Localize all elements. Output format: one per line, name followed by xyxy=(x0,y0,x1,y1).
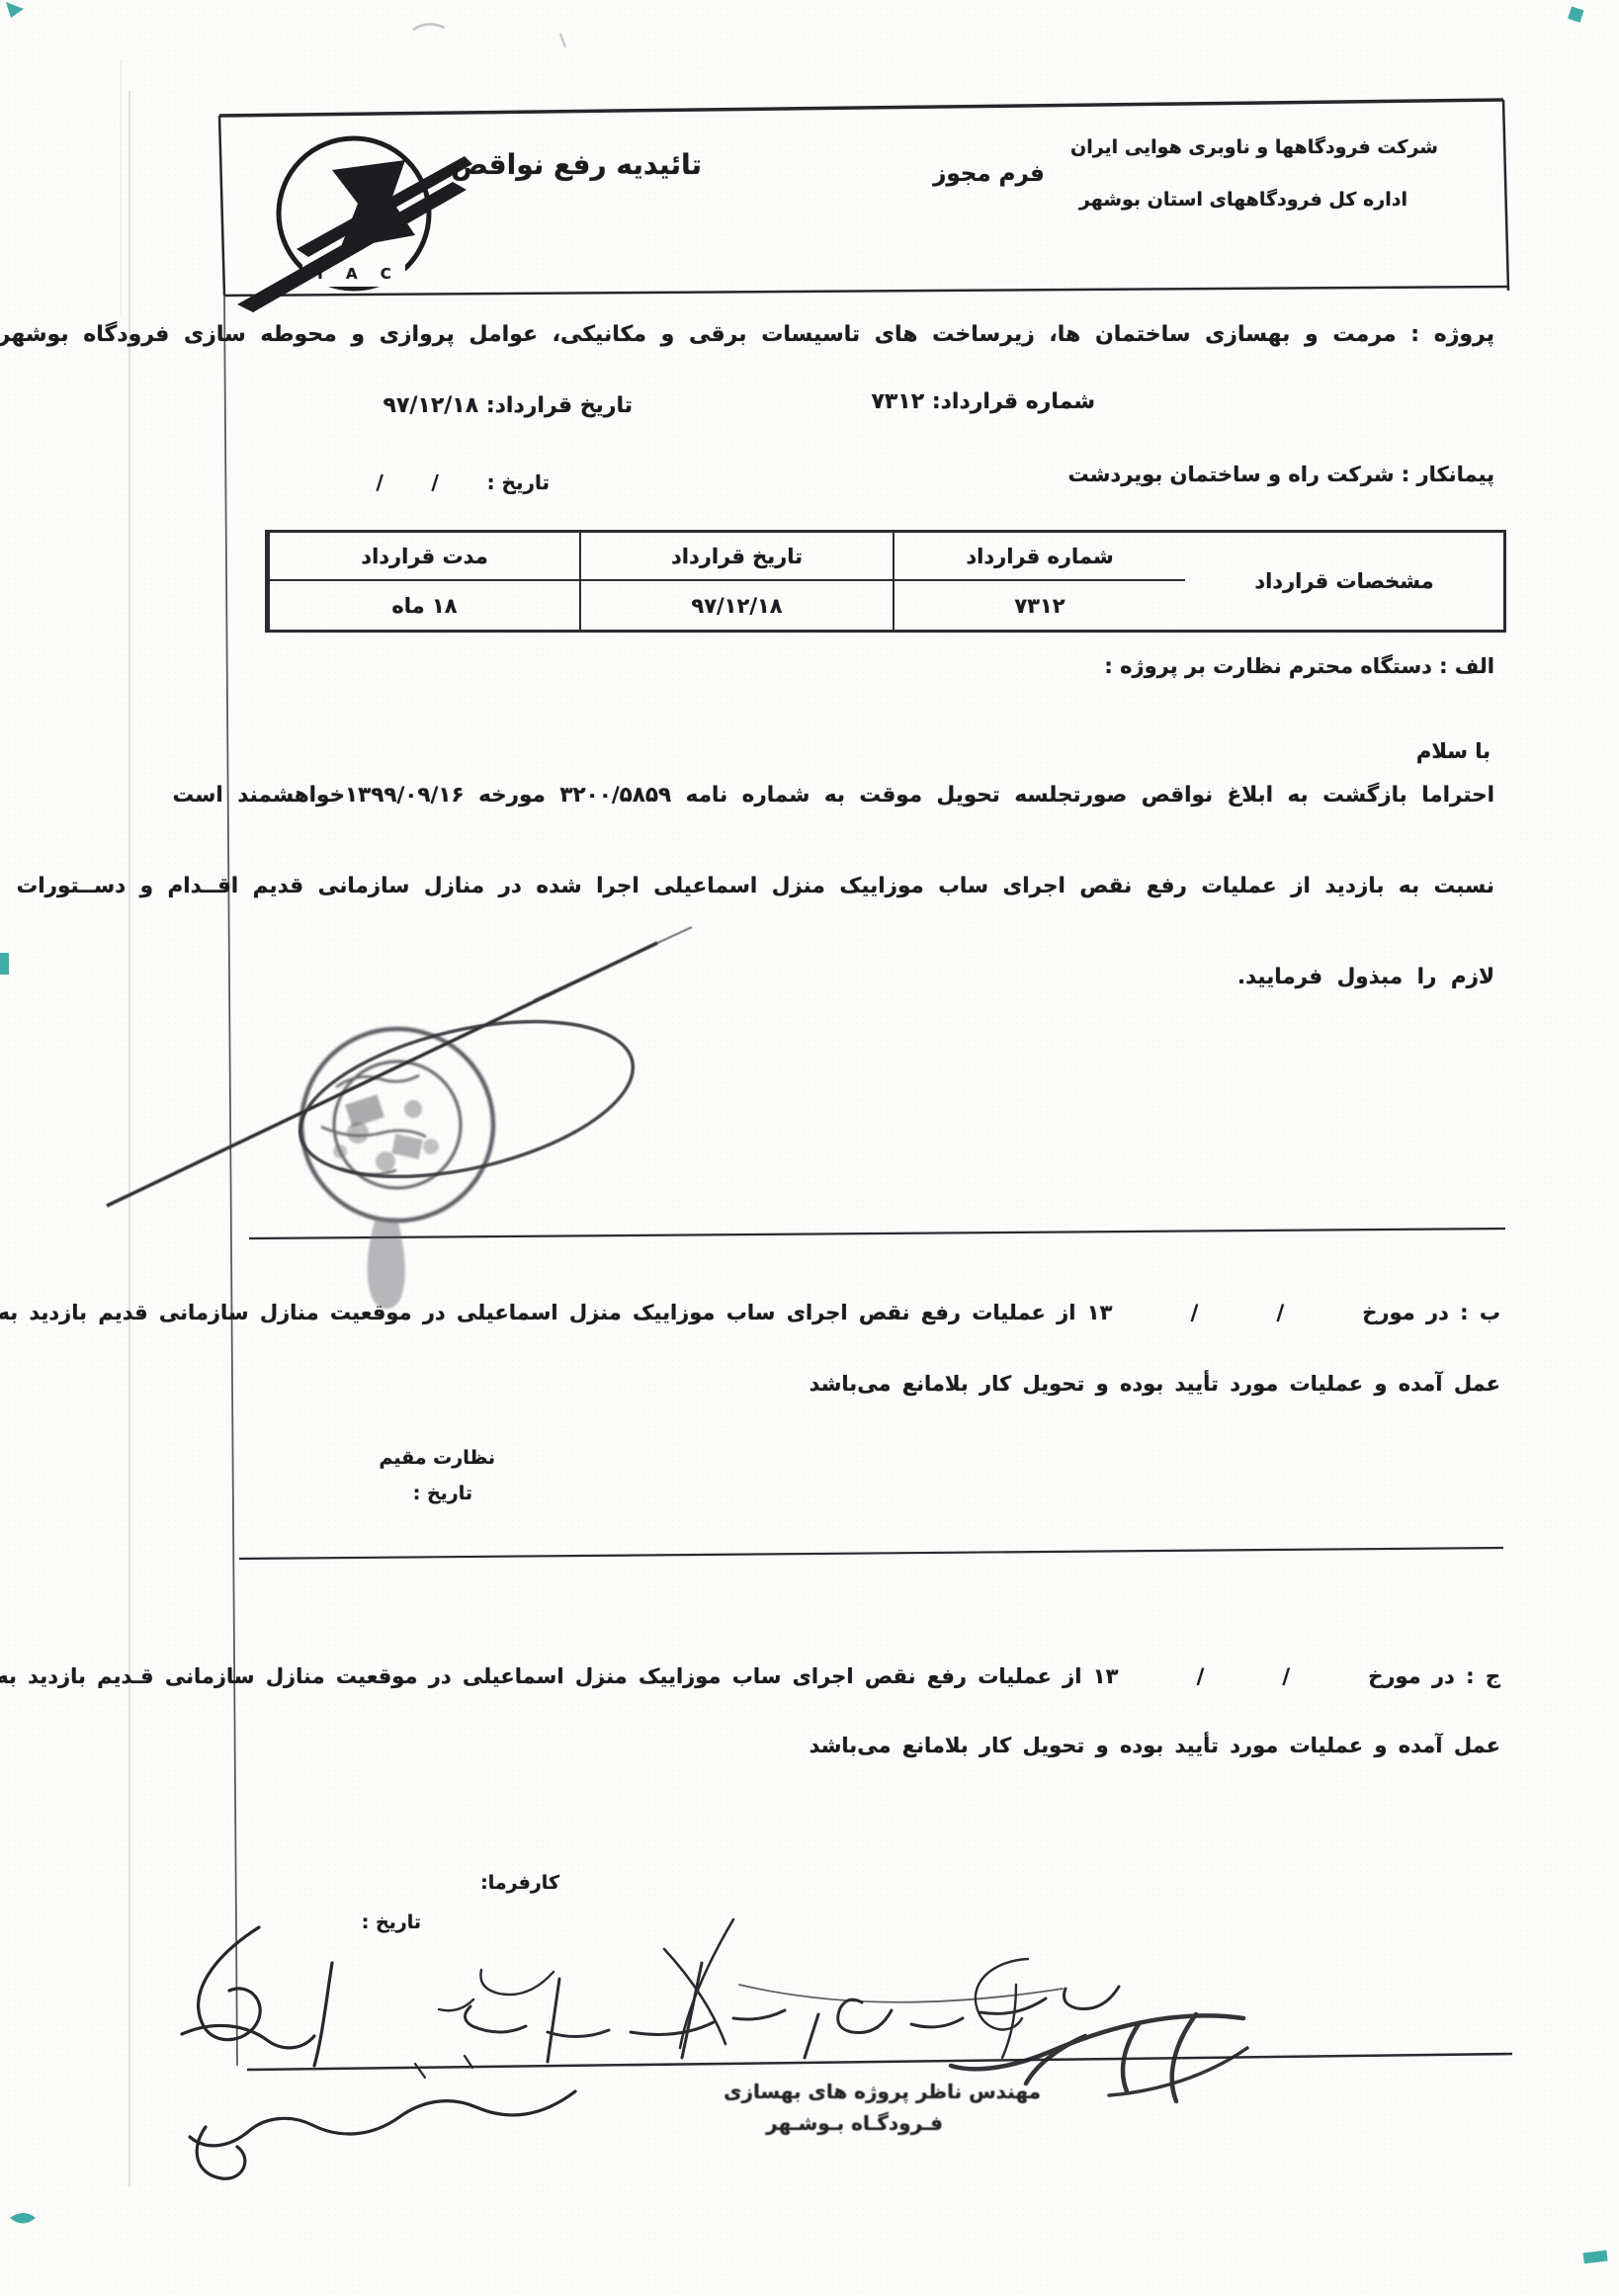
supervision-date-label: تاریخ : xyxy=(413,1483,472,1504)
contract-number: شماره قرارداد: ۷۳۱۲ xyxy=(871,389,1095,414)
scanned-defect-clearance-form: I A C شرکت فرودگاهها و ناوبری هوایی ایرا… xyxy=(0,0,1619,2296)
section-a-heading: الف : دستگاه محترم نظارت بر پروژه : xyxy=(1104,654,1494,678)
center-handwritten-note xyxy=(465,1963,1119,2062)
header-box-left-border xyxy=(219,116,224,296)
iac-logo-letters: I A C xyxy=(314,265,403,283)
table-value-contract-duration: ۱۸ ماه xyxy=(268,581,579,630)
pencil-smudge xyxy=(413,24,445,30)
contract-spec-table: مشخصات قرارداد شماره قرارداد تاریخ قرارد… xyxy=(265,530,1506,633)
company-name-line2: اداره کل فرودگاههای استان بوشهر xyxy=(1079,189,1407,211)
pencil-smudge-2 xyxy=(560,34,565,47)
company-name-line1: شرکت فرودگاهها و ناوبری هوایی ایران xyxy=(1070,136,1438,158)
table-row-header: مشخصات قرارداد xyxy=(1185,533,1503,630)
table-value-contract-no: ۷۳۱۲ xyxy=(893,581,1185,630)
footer-stamp-line2: فـرودگـاه بـوشـهر xyxy=(766,2111,943,2135)
body-line-1: احتراما بازگشت به ابلاغ نواقص صورتجلسه ت… xyxy=(172,783,1494,808)
section-b-line2: عمل آمده و عملیات مورد تأیید بوده و تحوی… xyxy=(809,1372,1500,1396)
table-value-contract-date: ۹۷/۱۲/۱۸ xyxy=(579,581,893,630)
footer-stamp-line1: مهندس ناظر پروژه های بهسازی xyxy=(724,2080,1041,2103)
table-header-contract-no: شماره قرارداد xyxy=(893,533,1185,581)
table-header-contract-date: تاریخ قرارداد xyxy=(579,533,893,581)
header-box-right-border xyxy=(1503,100,1508,291)
divider-rule-2 xyxy=(239,1548,1503,1559)
table-header-contract-duration: مدت قرارداد xyxy=(268,533,579,581)
employer-handwriting xyxy=(439,1919,1063,2058)
body-line-2: نسبت به بازدید از عملیات رفع نقص اجرای س… xyxy=(17,874,1494,898)
header-box-bottom-border xyxy=(224,287,1508,296)
divider-rule-1 xyxy=(249,1229,1505,1238)
divider-rule-3 xyxy=(247,2054,1512,2070)
contractor-name: پیمانکار : شرکت راه و ساختمان بویردشت xyxy=(1068,463,1494,486)
stamp-signature-strokes xyxy=(107,927,692,1206)
header-box-top-border xyxy=(219,100,1503,116)
section-b-line1: ب : در مورخ / / ۱۳ از عملیات رفع نقص اجر… xyxy=(0,1301,1500,1324)
round-office-stamp xyxy=(301,1029,493,1309)
body-line-3: لازم را مبذول فرمایید. xyxy=(1237,965,1494,989)
left-margin-handwriting xyxy=(182,1927,575,2178)
section-c-line1: ج : در مورخ / / ۱۳ از عملیات رفع نقص اجر… xyxy=(0,1664,1500,1688)
contractor-date-blank: تاریخ : / / xyxy=(376,470,550,494)
form-type-label: فرم مجوز xyxy=(917,161,1061,187)
salutation: با سلام xyxy=(1416,739,1491,763)
employer-label: کارفرما: xyxy=(480,1872,559,1894)
sheet-left-border xyxy=(224,296,237,2066)
contract-date: تاریخ قرارداد: ۹۷/۱۲/۱۸ xyxy=(383,393,633,418)
section-c-line2: عمل آمده و عملیات مورد تأیید بوده و تحوی… xyxy=(809,1734,1500,1757)
project-description: پروژه : مرمت و بهسازی ساختمان ها، زیرساخ… xyxy=(0,322,1494,347)
employer-date-label: تاریخ : xyxy=(362,1912,421,1933)
page-title: تائیدیه رفع نواقص xyxy=(484,148,702,181)
resident-supervision-label: نظارت مقیم xyxy=(379,1447,495,1469)
iac-logo xyxy=(237,138,472,312)
